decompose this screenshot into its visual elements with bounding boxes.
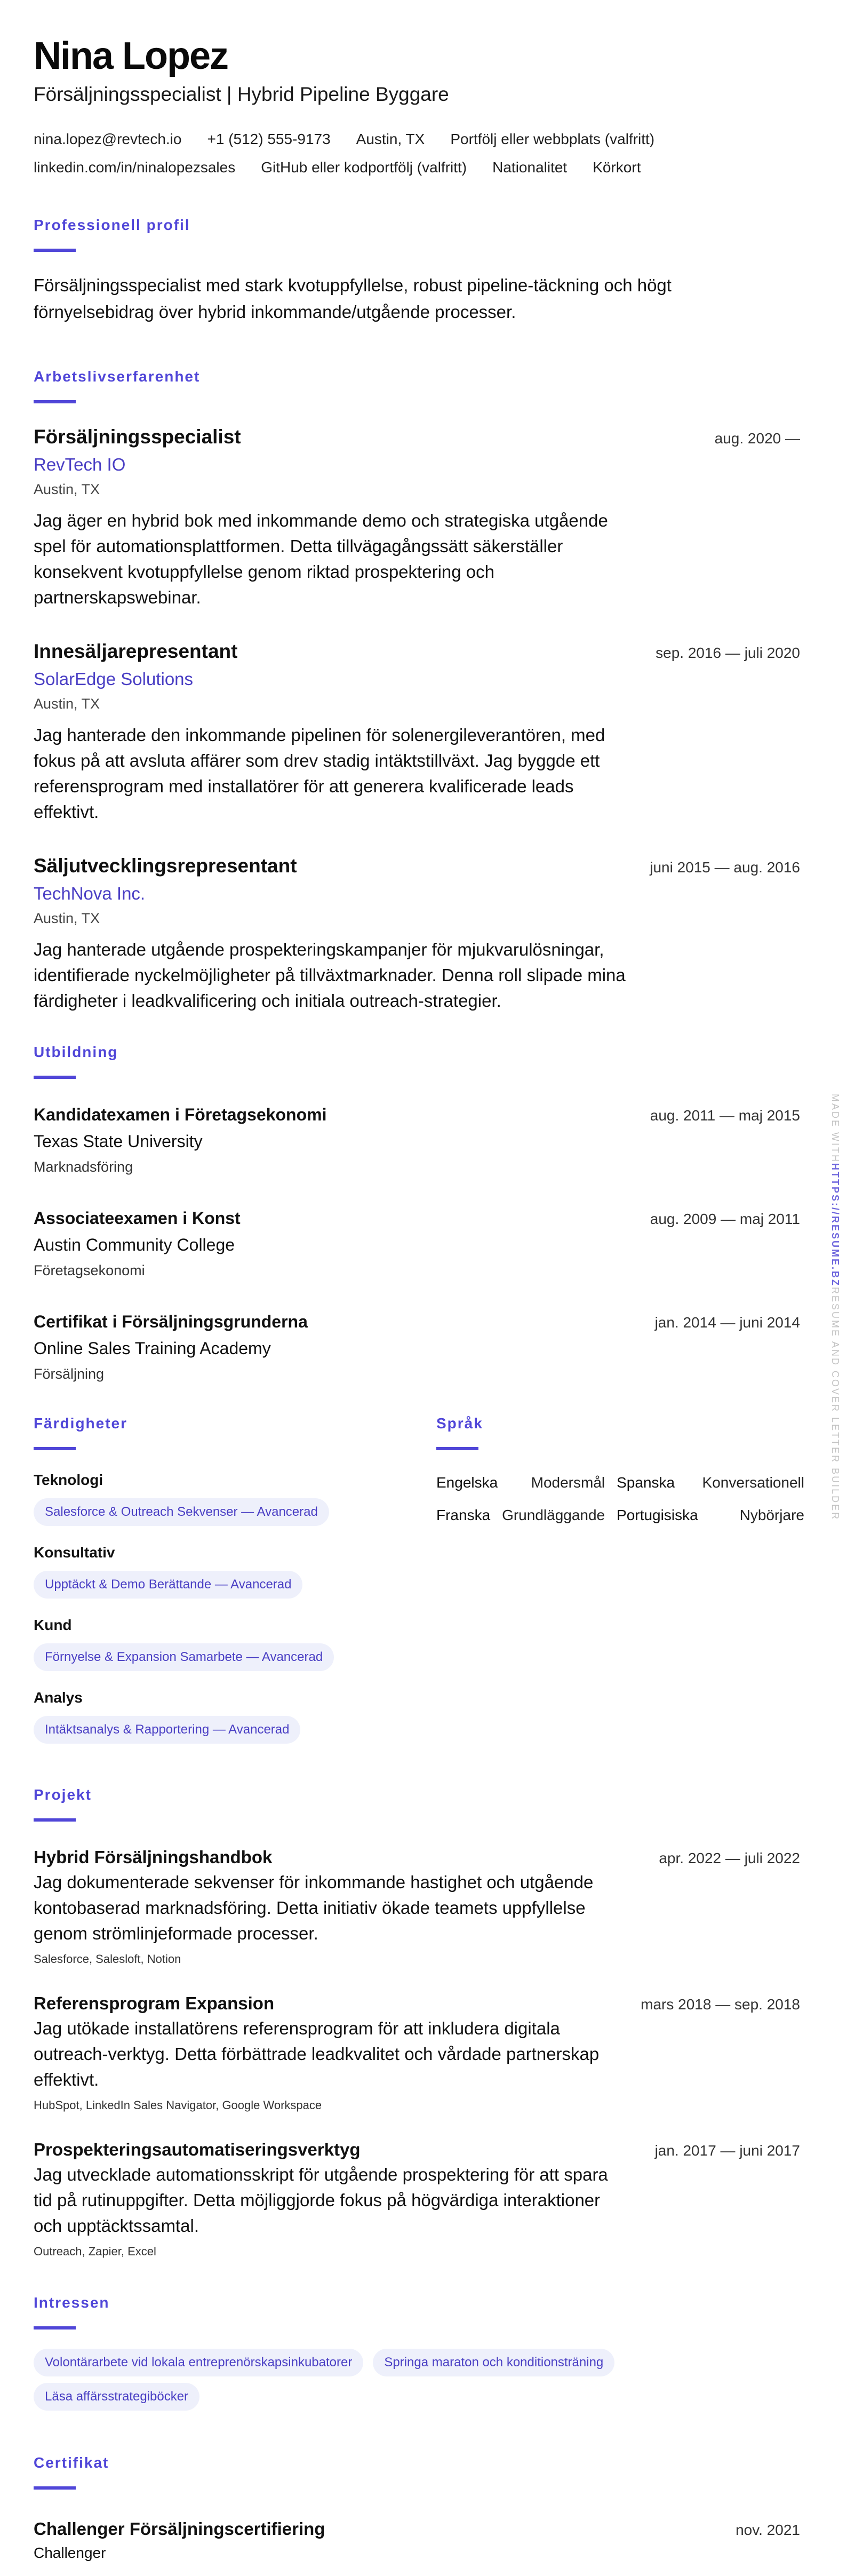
section-divider bbox=[34, 249, 76, 252]
school-name: Austin Community College bbox=[34, 1233, 800, 1257]
interest-pill: Springa maraton och konditionsträning bbox=[373, 2349, 614, 2376]
watermark-prefix: MADE WITH bbox=[830, 1094, 841, 1163]
skill-pill: Upptäckt & Demo Berättande — Avancerad bbox=[34, 1571, 302, 1599]
job-description: Jag hanterade den inkommande pipelinen f… bbox=[34, 722, 631, 825]
project-description: Jag utökade installatörens referensprogr… bbox=[34, 2016, 631, 2093]
job-date: sep. 2016 — juli 2020 bbox=[656, 642, 800, 664]
job-title: Försäljningsspecialist bbox=[34, 424, 241, 450]
certificate-list: Challenger Försäljningscertifiering nov.… bbox=[34, 2516, 800, 2564]
project-description: Jag dokumenterade sekvenser för inkomman… bbox=[34, 1870, 631, 1946]
project-tools: HubSpot, LinkedIn Sales Navigator, Googl… bbox=[34, 2095, 800, 2116]
education-entry: Kandidatexamen i Företagsekonomi aug. 20… bbox=[34, 1102, 800, 1178]
skill-group: Teknologi Salesforce & Outreach Sekvense… bbox=[34, 1469, 436, 1526]
language-list: Engelska Modersmål Spanska Konversatione… bbox=[436, 1466, 804, 1531]
field-of-study: Företagsekonomi bbox=[34, 1259, 800, 1282]
skill-category: Analys bbox=[34, 1687, 436, 1708]
language-level: Nybörjare bbox=[700, 1499, 804, 1531]
language-level: Konversationell bbox=[700, 1466, 804, 1499]
section-title: Certifikat bbox=[34, 2452, 800, 2474]
section-divider bbox=[436, 1447, 478, 1450]
profile-text: Försäljningsspecialist med stark kvotupp… bbox=[34, 272, 711, 325]
language-name: Portugisiska bbox=[617, 1499, 700, 1531]
school-name: Texas State University bbox=[34, 1129, 800, 1154]
section-divider bbox=[34, 1076, 76, 1079]
project-entry: Hybrid Försäljningshandbok apr. 2022 — j… bbox=[34, 1845, 800, 1970]
education-entry: Certifikat i Försäljningsgrunderna jan. … bbox=[34, 1309, 800, 1385]
project-date: jan. 2017 — juni 2017 bbox=[655, 2140, 800, 2161]
skill-group: Konsultativ Upptäckt & Demo Berättande —… bbox=[34, 1542, 436, 1599]
experience-entry: Säljutvecklingsrepresentant juni 2015 — … bbox=[34, 853, 800, 1014]
contact-phone[interactable]: +1 (512) 555-9173 bbox=[207, 125, 330, 153]
skills-languages-row: Färdigheter Teknologi Salesforce & Outre… bbox=[34, 1413, 800, 1760]
job-company[interactable]: RevTech IO bbox=[34, 451, 800, 478]
language-name: Engelska bbox=[436, 1466, 500, 1499]
section-divider bbox=[34, 1447, 76, 1450]
interest-pill: Volontärarbete vid lokala entreprenörska… bbox=[34, 2349, 363, 2376]
language-level: Modersmål bbox=[500, 1466, 617, 1499]
skill-group: Kund Förnyelse & Expansion Samarbete — A… bbox=[34, 1615, 436, 1671]
skill-groups: Teknologi Salesforce & Outreach Sekvense… bbox=[34, 1469, 436, 1744]
candidate-headline: Försäljningsspecialist | Hybrid Pipeline… bbox=[34, 81, 800, 108]
field-of-study: Försäljning bbox=[34, 1363, 800, 1385]
project-tools: Outreach, Zapier, Excel bbox=[34, 2241, 800, 2262]
certificate-entry: Challenger Försäljningscertifiering nov.… bbox=[34, 2516, 800, 2564]
skill-category: Konsultativ bbox=[34, 1542, 436, 1563]
skill-pill: Förnyelse & Expansion Samarbete — Avance… bbox=[34, 1643, 334, 1671]
builder-watermark: MADE WITHHTTPS://RESUME.BZRESUME AND COV… bbox=[829, 1094, 841, 1521]
degree-title: Kandidatexamen i Företagsekonomi bbox=[34, 1102, 326, 1127]
job-company[interactable]: SolarEdge Solutions bbox=[34, 666, 800, 693]
section-title: Färdigheter bbox=[34, 1413, 436, 1434]
section-interests: Intressen Volontärarbete vid lokala entr… bbox=[34, 2292, 800, 2417]
project-entry: Prospekteringsautomatiseringsverktyg jan… bbox=[34, 2137, 800, 2262]
school-name: Online Sales Training Academy bbox=[34, 1336, 800, 1361]
section-title: Arbetslivserfarenhet bbox=[34, 366, 800, 387]
watermark-suffix: RESUME AND COVER LETTER BUILDER bbox=[830, 1287, 841, 1521]
section-title: Språk bbox=[436, 1413, 799, 1434]
section-title: Utbildning bbox=[34, 1041, 800, 1063]
field-of-study: Marknadsföring bbox=[34, 1156, 800, 1178]
project-description: Jag utvecklade automationsskript för utg… bbox=[34, 2162, 631, 2239]
section-experience: Arbetslivserfarenhet Försäljningsspecial… bbox=[34, 366, 800, 1014]
resume-header: Nina Lopez Försäljningsspecialist | Hybr… bbox=[34, 34, 800, 181]
contact-license: Körkort bbox=[593, 153, 641, 181]
section-title: Professionell profil bbox=[34, 214, 800, 236]
degree-title: Certifikat i Försäljningsgrunderna bbox=[34, 1309, 308, 1334]
certificate-issuer: Challenger bbox=[34, 2542, 800, 2564]
job-description: Jag äger en hybrid bok med inkommande de… bbox=[34, 508, 631, 610]
job-location: Austin, TX bbox=[34, 693, 800, 715]
project-entry: Referensprogram Expansion mars 2018 — se… bbox=[34, 1991, 800, 2116]
project-date: apr. 2022 — juli 2022 bbox=[659, 1848, 800, 1869]
section-title: Projekt bbox=[34, 1784, 800, 1806]
contact-github[interactable]: GitHub eller kodportfölj (valfritt) bbox=[261, 153, 467, 181]
candidate-name: Nina Lopez bbox=[34, 34, 800, 78]
contact-linkedin[interactable]: linkedin.com/in/ninalopezsales bbox=[34, 153, 235, 181]
project-name: Referensprogram Expansion bbox=[34, 1991, 274, 2016]
education-list: Kandidatexamen i Företagsekonomi aug. 20… bbox=[34, 1102, 800, 1385]
education-entry: Associateexamen i Konst aug. 2009 — maj … bbox=[34, 1206, 800, 1282]
experience-list: Försäljningsspecialist aug. 2020 — RevTe… bbox=[34, 424, 800, 1014]
skill-pill: Intäktsanalys & Rapportering — Avancerad bbox=[34, 1716, 300, 1744]
section-divider bbox=[34, 2486, 76, 2490]
watermark-link[interactable]: HTTPS://RESUME.BZ bbox=[830, 1163, 841, 1287]
language-name: Spanska bbox=[617, 1466, 700, 1499]
project-name: Prospekteringsautomatiseringsverktyg bbox=[34, 2137, 361, 2162]
language-name: Franska bbox=[436, 1499, 500, 1531]
job-date: juni 2015 — aug. 2016 bbox=[650, 857, 800, 878]
section-title: Intressen bbox=[34, 2292, 800, 2313]
skill-pill: Salesforce & Outreach Sekvenser — Avance… bbox=[34, 1498, 329, 1526]
interest-pill: Läsa affärsstrategiböcker bbox=[34, 2383, 199, 2411]
job-description: Jag hanterade utgående prospekteringskam… bbox=[34, 937, 631, 1014]
section-projects: Projekt Hybrid Försäljningshandbok apr. … bbox=[34, 1784, 800, 2262]
skill-group: Analys Intäktsanalys & Rapportering — Av… bbox=[34, 1687, 436, 1744]
contact-portfolio[interactable]: Portfölj eller webbplats (valfritt) bbox=[450, 125, 654, 153]
interest-list: Volontärarbete vid lokala entreprenörska… bbox=[34, 2349, 738, 2417]
job-title: Innesäljarepresentant bbox=[34, 638, 237, 665]
education-date: aug. 2009 — maj 2011 bbox=[650, 1209, 800, 1230]
experience-entry: Innesäljarepresentant sep. 2016 — juli 2… bbox=[34, 638, 800, 825]
section-languages: Språk Engelska Modersmål Spanska Konvers… bbox=[436, 1413, 799, 1760]
job-title: Säljutvecklingsrepresentant bbox=[34, 853, 297, 879]
section-certificates: Certifikat Challenger Försäljningscertif… bbox=[34, 2452, 800, 2564]
language-level: Grundläggande bbox=[500, 1499, 617, 1531]
education-date: aug. 2011 — maj 2015 bbox=[650, 1105, 800, 1126]
contact-nationality: Nationalitet bbox=[492, 153, 567, 181]
contact-email[interactable]: nina.lopez@revtech.io bbox=[34, 125, 181, 153]
certificate-date: nov. 2021 bbox=[736, 2519, 800, 2541]
contact-list: nina.lopez@revtech.io +1 (512) 555-9173 … bbox=[34, 125, 743, 181]
degree-title: Associateexamen i Konst bbox=[34, 1206, 241, 1230]
project-name: Hybrid Försäljningshandbok bbox=[34, 1845, 272, 1870]
job-company[interactable]: TechNova Inc. bbox=[34, 880, 800, 907]
job-location: Austin, TX bbox=[34, 907, 800, 929]
project-list: Hybrid Försäljningshandbok apr. 2022 — j… bbox=[34, 1845, 800, 2262]
section-divider bbox=[34, 1818, 76, 1822]
experience-entry: Försäljningsspecialist aug. 2020 — RevTe… bbox=[34, 424, 800, 610]
education-date: jan. 2014 — juni 2014 bbox=[655, 1312, 800, 1333]
job-date: aug. 2020 — bbox=[715, 428, 800, 449]
certificate-name: Challenger Försäljningscertifiering bbox=[34, 2516, 325, 2542]
resume-page: Nina Lopez Försäljningsspecialist | Hybr… bbox=[0, 0, 847, 2576]
section-profile: Professionell profil Försäljningsspecial… bbox=[34, 214, 800, 325]
section-education: Utbildning Kandidatexamen i Företagsekon… bbox=[34, 1041, 800, 1385]
section-divider bbox=[34, 2326, 76, 2329]
section-skills: Färdigheter Teknologi Salesforce & Outre… bbox=[34, 1413, 436, 1760]
skill-category: Teknologi bbox=[34, 1469, 436, 1491]
section-divider bbox=[34, 400, 76, 403]
skill-category: Kund bbox=[34, 1615, 436, 1636]
project-tools: Salesforce, Salesloft, Notion bbox=[34, 1949, 800, 1970]
job-location: Austin, TX bbox=[34, 478, 800, 500]
contact-location: Austin, TX bbox=[356, 125, 425, 153]
project-date: mars 2018 — sep. 2018 bbox=[641, 1994, 800, 2015]
